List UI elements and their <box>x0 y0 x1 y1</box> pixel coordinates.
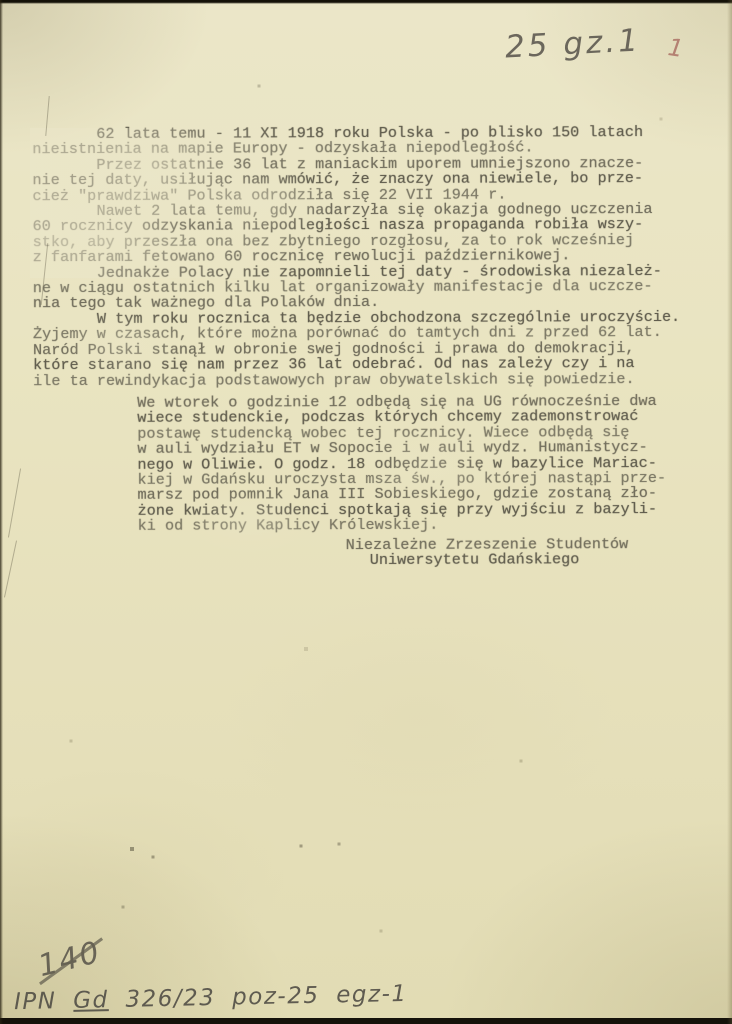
scan-left-edge <box>0 0 3 1024</box>
crossed-out-number: 140 <box>35 935 105 984</box>
scan-right-edge <box>727 0 732 1024</box>
archive-org: IPN <box>14 988 57 1015</box>
scan-bottom-edge <box>0 1018 732 1024</box>
archive-reference: IPN Gd 326/23 poz-25 egz-1 <box>14 981 408 1015</box>
archive-region: Gd <box>73 987 109 1014</box>
archive-signature: 326/23 <box>125 985 215 1013</box>
pencil-note-top: 25 gz.1 <box>504 22 642 65</box>
document-page: 62 lata temu - 11 XI 1918 roku Polska - … <box>0 0 732 1024</box>
scratch-mark <box>4 541 17 598</box>
document-line: ki od strony Kaplicy Królewskiej. <box>138 517 706 534</box>
document-line: Uniwersytetu Gdańskiego <box>370 552 706 569</box>
typed-text: 62 lata temu - 11 XI 1918 roku Polska - … <box>32 125 706 570</box>
scan-top-edge <box>0 0 732 4</box>
document-line: ile ta rewindykacja podstawowych praw ob… <box>33 371 705 389</box>
archive-copy: egz-1 <box>336 981 408 1008</box>
archive-position: poz-25 <box>232 983 320 1011</box>
red-page-number: 1 <box>666 33 685 63</box>
scratch-mark <box>8 468 21 537</box>
